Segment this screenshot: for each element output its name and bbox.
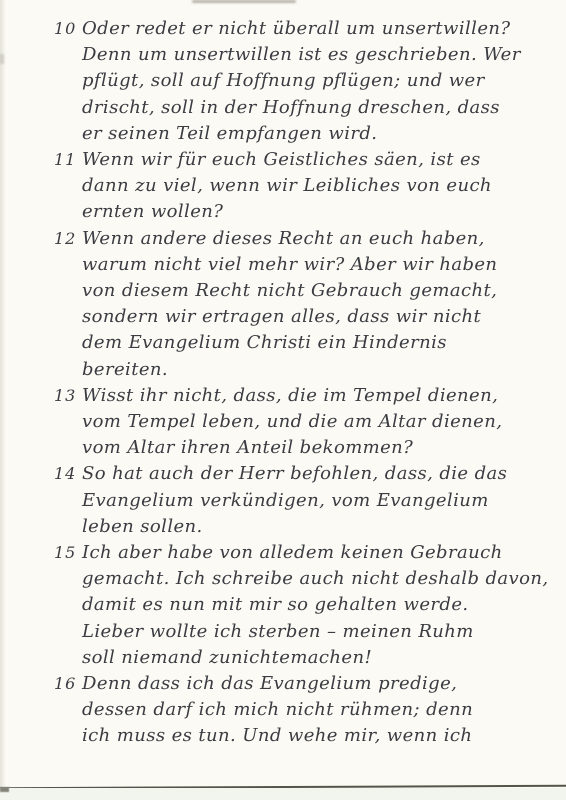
verse-13: 13 Wisst ihr nicht, dass, die im Tempel … [82, 383, 544, 462]
verse-line: Wenn wir für euch Geistliches säen, ist … [82, 147, 544, 173]
verse-line: ernten wollen? [82, 199, 544, 225]
verse-12: 12 Wenn andere dieses Recht an euch habe… [82, 226, 544, 383]
verse-14: 14 So hat auch der Herr befohlen, dass, … [82, 461, 544, 540]
verse-line: er seinen Teil empfangen wird. [82, 121, 544, 147]
verse-number: 11 [54, 150, 76, 169]
verse-line: sondern wir ertragen alles, dass wir nic… [82, 304, 544, 330]
verse-line: ich muss es tun. Und wehe mir, wenn ich [82, 723, 544, 749]
handwritten-text-block: 10 Oder redet er nicht überall um unsert… [82, 16, 544, 750]
verse-line: dann zu viel, wenn wir Leibliches von eu… [82, 173, 544, 199]
verse-line: soll niemand zunichtemachen! [82, 645, 544, 671]
verse-number: 15 [54, 543, 76, 562]
verse-line: Wisst ihr nicht, dass, die im Tempel die… [82, 383, 544, 409]
verse-line: Denn dass ich das Evangelium predige, [82, 671, 544, 697]
verse-16: 16 Denn dass ich das Evangelium predige,… [82, 671, 544, 750]
verse-line: Wenn andere dieses Recht an euch haben, [82, 226, 544, 252]
scan-bottom-corner-mark [0, 787, 9, 792]
verse-line: vom Altar ihren Anteil bekommen? [82, 435, 544, 461]
scan-top-smudge [192, 0, 296, 3]
verse-number: 13 [54, 386, 76, 405]
verse-line: dem Evangelium Christi ein Hindernis [82, 330, 544, 356]
verse-number: 16 [54, 674, 76, 693]
verse-line: Evangelium verkündigen, vom Evangelium [82, 488, 544, 514]
verse-number: 14 [54, 464, 76, 483]
verse-10: 10 Oder redet er nicht überall um unsert… [82, 16, 544, 147]
verse-line: vom Tempel leben, und die am Altar diene… [82, 409, 544, 435]
verse-15: 15 Ich aber habe von alledem keinen Gebr… [82, 540, 544, 671]
verse-line: von diesem Recht nicht Gebrauch gemacht, [82, 278, 544, 304]
verse-line: gemacht. Ich schreibe auch nicht deshalb… [82, 566, 544, 592]
scan-left-edge-shading [0, 0, 6, 800]
verse-line: Denn um unsertwillen ist es geschrieben.… [82, 42, 544, 68]
verse-line: Ich aber habe von alledem keinen Gebrauc… [82, 540, 544, 566]
verse-line: leben sollen. [82, 514, 544, 540]
verse-line: dessen darf ich mich nicht rühmen; denn [82, 697, 544, 723]
scanner-background-band [0, 788, 566, 800]
verse-line: Oder redet er nicht überall um unsertwil… [82, 16, 544, 42]
verse-11: 11 Wenn wir für euch Geistliches säen, i… [82, 147, 544, 226]
verse-line: warum nicht viel mehr wir? Aber wir habe… [82, 252, 544, 278]
scanned-handwritten-page: 10 Oder redet er nicht überall um unsert… [0, 0, 566, 800]
scan-edge-speck [0, 54, 4, 64]
verse-line: So hat auch der Herr befohlen, dass, die… [82, 461, 544, 487]
verse-line: Lieber wollte ich sterben – meinen Ruhm [82, 619, 544, 645]
verse-number: 10 [54, 19, 76, 38]
verse-line: damit es nun mit mir so gehalten werde. [82, 592, 544, 618]
verse-line: drischt, soll in der Hoffnung dreschen, … [82, 95, 544, 121]
verse-line: bereiten. [82, 357, 544, 383]
verse-number: 12 [54, 229, 76, 248]
verse-line: pflügt, soll auf Hoffnung pflügen; und w… [82, 68, 544, 94]
